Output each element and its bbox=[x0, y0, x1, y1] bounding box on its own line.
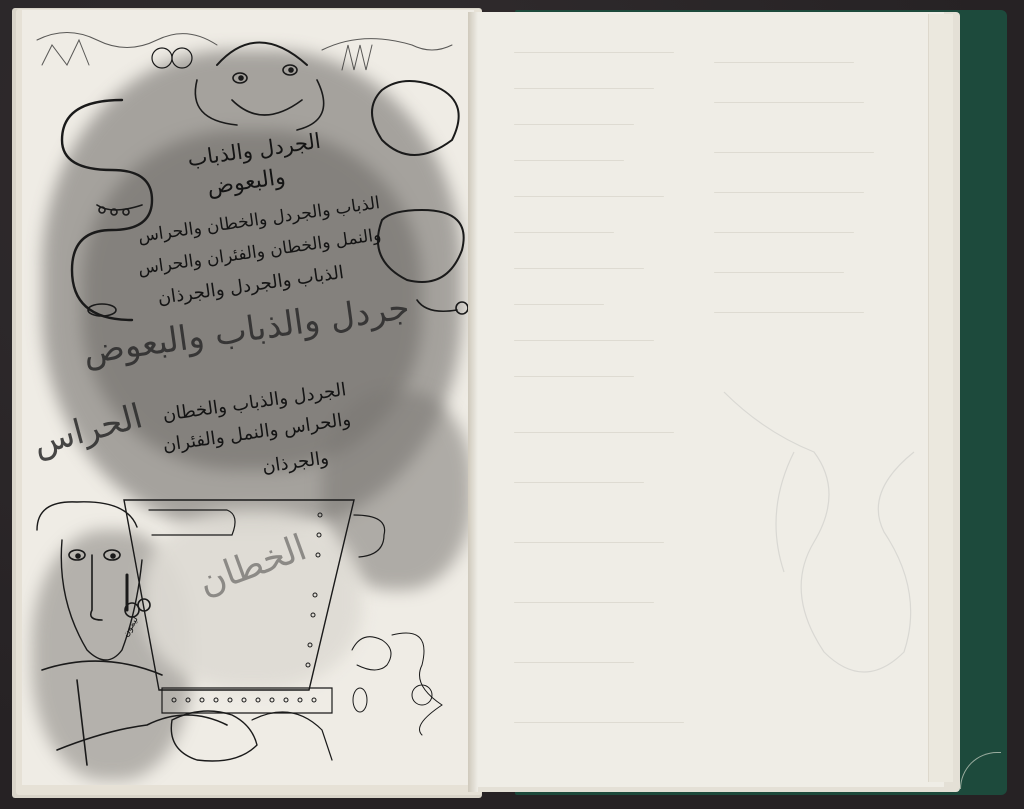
page-edge-flap bbox=[928, 14, 953, 782]
faint-pencil-sketch bbox=[474, 12, 944, 787]
right-page-blank bbox=[474, 12, 944, 787]
left-page-drawing: الجردل والذباب والبعوض الذباب والجردل وا… bbox=[22, 10, 474, 785]
cover-crease bbox=[960, 752, 1001, 789]
book-gutter bbox=[468, 12, 478, 792]
